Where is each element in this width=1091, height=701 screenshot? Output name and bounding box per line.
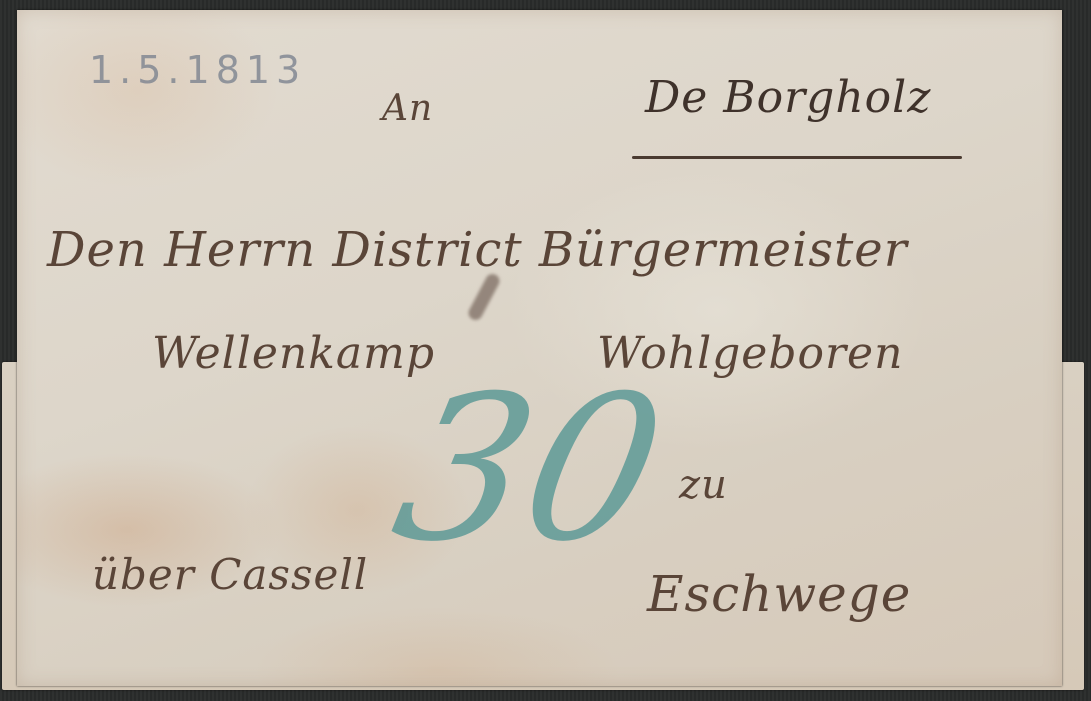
preposition-zu: zu: [679, 462, 728, 508]
salutation-prefix: An: [382, 88, 433, 129]
addressee-name: Wellenkamp: [152, 328, 435, 379]
letter-cover: 1.5.1813 An De Borgholz Den Herrn Distri…: [17, 10, 1062, 686]
ink-smudge: [466, 272, 502, 323]
routing-note: über Cassell: [92, 550, 368, 599]
postage-rate-marking: 30: [381, 370, 678, 570]
destination-town: Eschwege: [647, 565, 911, 623]
origin-underline: [632, 156, 962, 159]
address-line-1: Den Herrn District Bürgermeister: [47, 222, 908, 278]
origin-marking: De Borgholz: [645, 72, 931, 123]
pencil-date-note: 1.5.1813: [89, 48, 306, 92]
